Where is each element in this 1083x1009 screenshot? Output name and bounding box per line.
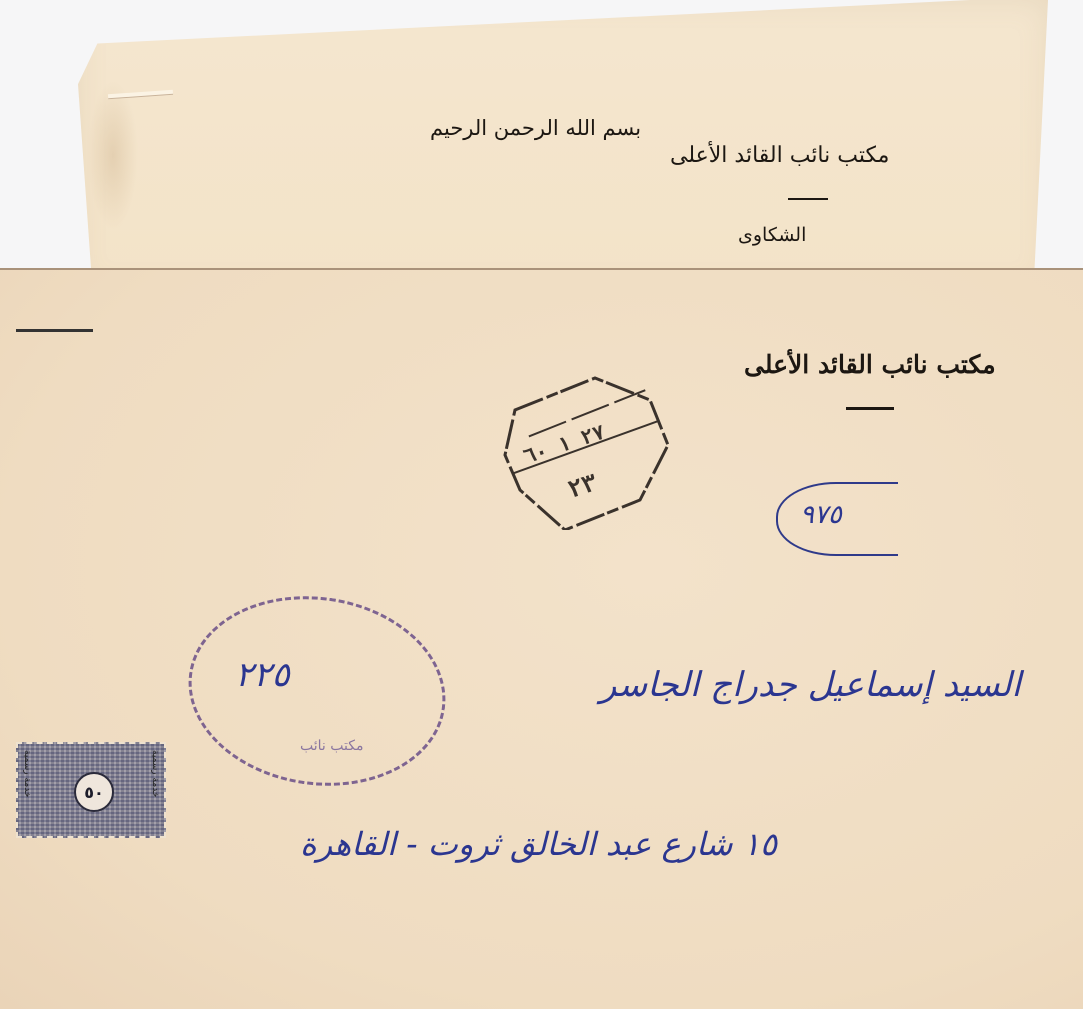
basmala-heading: بسم الله الرحمن الرحيم [430,116,641,140]
edge-mark [16,329,93,332]
postage-stamp: خدمة رسمية خدمة رسمية ٥٠ [16,742,166,838]
water-stain [88,80,138,230]
office-heading-back: مكتب نائب القائد الأعلى [670,143,889,168]
fee-stamp-text: مكتب نائب [300,738,363,754]
department-label: الشكاوى [738,224,806,246]
fee-amount: ٢٢٥ [235,655,290,695]
stamp-side-text: خدمة رسمية [150,750,160,797]
divider-rule [788,198,828,200]
back-envelope [78,0,1048,290]
reference-number: ٩٧٥ [800,500,842,530]
office-heading-front: مكتب نائب القائد الأعلى [744,350,996,379]
recipient-address: ١٥ شارع عبد الخالق ثروت - القاهرة [300,825,777,863]
stamp-value: ٥٠ [74,772,114,812]
divider-rule [846,407,894,410]
stamp-side-text: خدمة رسمية [22,750,32,797]
postmark: ٢٧ ١ ٦٠ ٢٣ [500,370,670,530]
recipient-name: السيد إسماعيل جدراج الجاسر [600,665,1021,705]
